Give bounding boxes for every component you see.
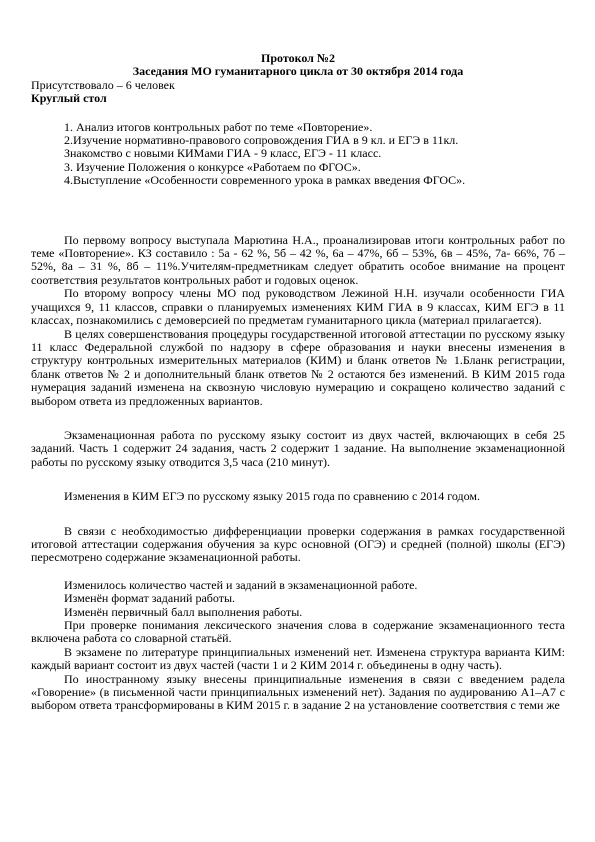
doc-subtitle: Заседания МО гуманитарного цикла от 30 о… [31, 65, 565, 78]
body-paragraph-kim-ege-heading: Изменения в КИМ ЕГЭ по русскому языку 20… [31, 490, 565, 503]
doc-body: По первому вопросу выступала Марютина Н.… [31, 234, 565, 713]
body-paragraph-primary-score: Изменён первичный балл выполнения работы… [31, 606, 565, 619]
meeting-format-label: Круглый стол [31, 92, 565, 105]
body-paragraph-lexical-check: При проверке понимания лексического знач… [31, 619, 565, 646]
body-paragraph-task-format: Изменён формат заданий работы. [31, 592, 565, 605]
document-page: Протокол №2 Заседания МО гуманитарного ц… [0, 0, 595, 842]
body-paragraph-exam-structure: Экзаменационная работа по русскому языку… [31, 429, 565, 469]
agenda-item-1: 1. Анализ итогов контрольных работ по те… [64, 121, 565, 134]
doc-title: Протокол №2 [31, 52, 565, 65]
body-paragraph-literature-exam: В экзамене по литературе принципиальных … [31, 646, 565, 673]
agenda-item-4: 3. Изучение Положения о конкурсе «Работа… [64, 161, 565, 174]
body-paragraph-second-question: По второму вопросу члены МО под руководс… [31, 287, 565, 327]
agenda-list: 1. Анализ итогов контрольных работ по те… [64, 121, 565, 188]
body-paragraph-first-question: По первому вопросу выступала Марютина Н.… [31, 234, 565, 288]
attendance-line: Присутствовало – 6 человек [31, 79, 565, 92]
body-paragraph-foreign-language: По иностранному языку внесены принципиал… [31, 673, 565, 713]
agenda-item-5: 4.Выступление «Особенности современного … [64, 174, 565, 187]
agenda-item-2: 2.Изучение нормативно-правового сопровож… [64, 134, 565, 147]
body-paragraph-differentiation: В связи с необходимостью дифференциации … [31, 525, 565, 565]
body-paragraph-parts-count: Изменилось количество частей и заданий в… [31, 579, 565, 592]
body-paragraph-gia-changes: В целях совершенствования процедуры госу… [31, 328, 565, 408]
agenda-item-3: Знакомство с новыми КИМами ГИА - 9 класс… [64, 147, 565, 160]
